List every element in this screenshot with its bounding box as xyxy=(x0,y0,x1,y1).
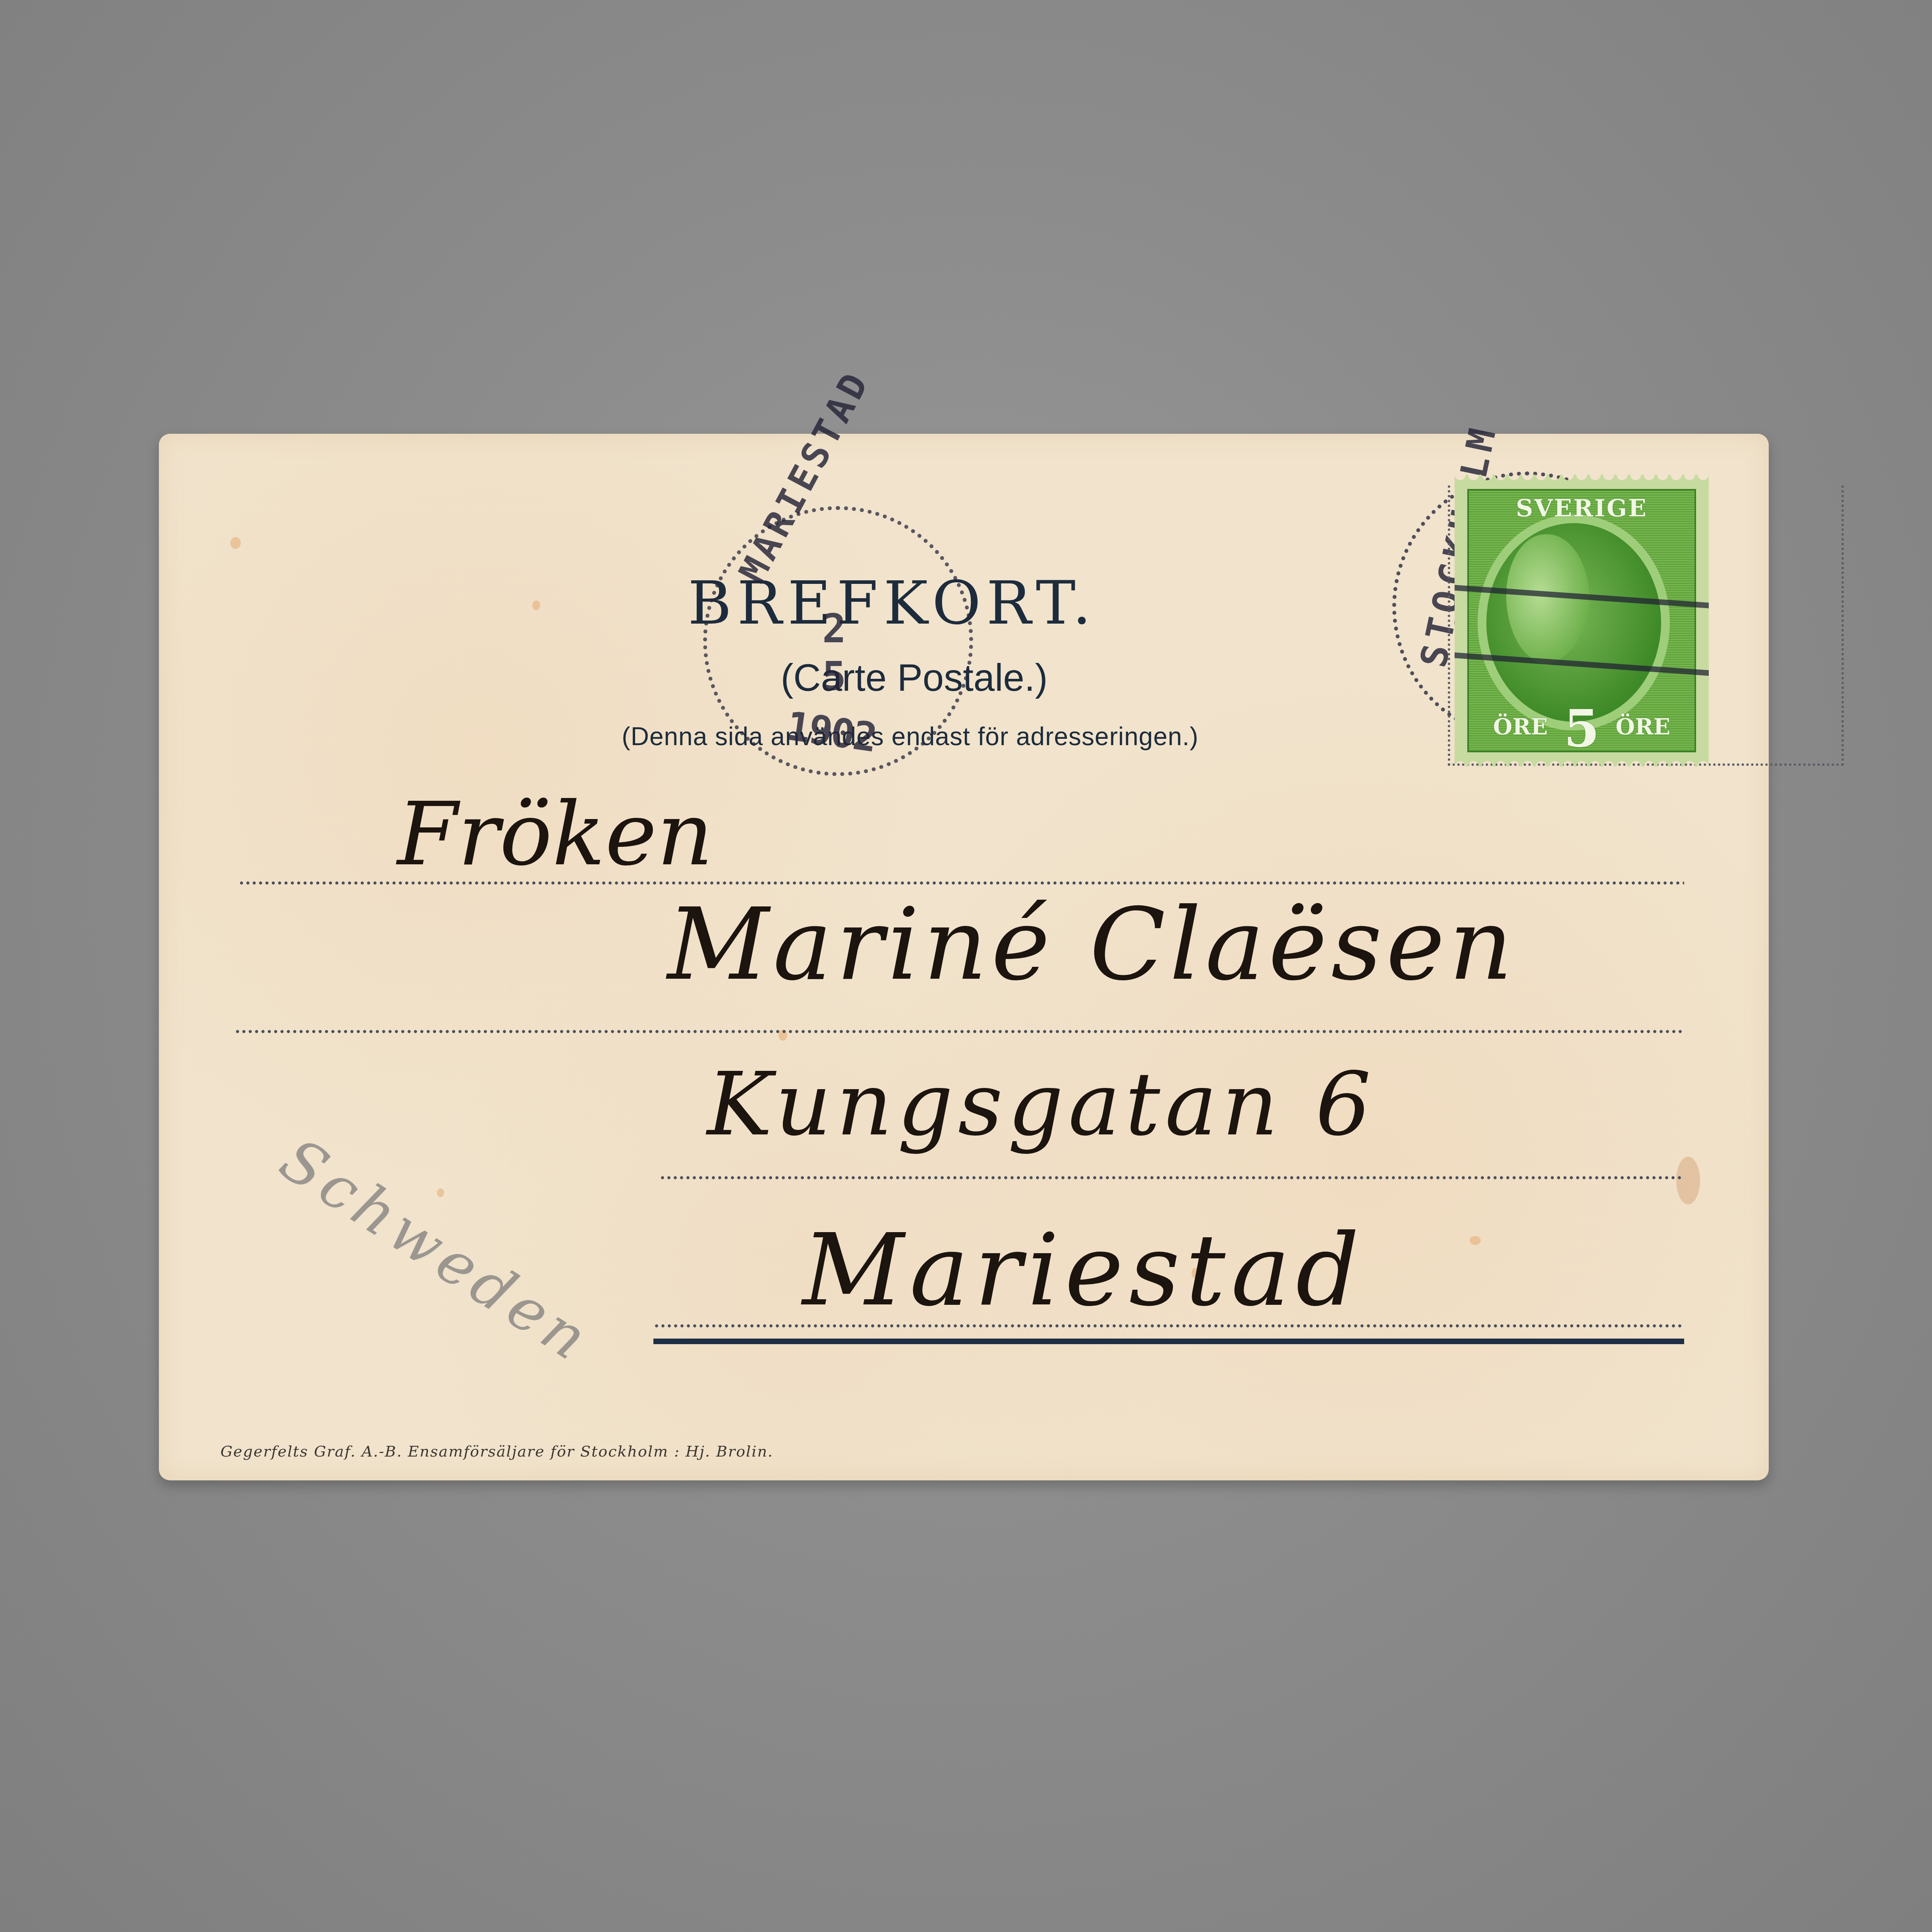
address-city: Mariestad xyxy=(802,1212,1365,1328)
address-name: Mariné Claësen xyxy=(667,887,1517,1002)
postmark-year: 1902 xyxy=(784,703,879,761)
postmark-month: 5 xyxy=(822,653,846,699)
address-salutation: Fröken xyxy=(397,783,713,885)
address-line-2 xyxy=(234,1030,1684,1033)
pencil-note: Schweden xyxy=(268,1125,603,1376)
foxing-spot xyxy=(230,537,241,549)
stamp-country: SVERIGE xyxy=(1455,495,1709,522)
postage-stamp: SVERIGE ÖRE5ÖRE xyxy=(1455,475,1709,767)
address-line-3 xyxy=(659,1176,1684,1179)
address-street: Kungsgatan 6 xyxy=(707,1053,1376,1155)
postmark-town: MARIESTAD xyxy=(731,363,878,589)
foxing-spot xyxy=(1470,1236,1481,1245)
foxing-spot xyxy=(437,1188,444,1197)
stamp-denomination: ÖRE5ÖRE xyxy=(1455,698,1709,759)
postcard: BREFKORT. (Carte Postale.) (Denna sida a… xyxy=(159,434,1769,1480)
postmark-day: 2 xyxy=(822,605,846,652)
mariestad-postmark: MARIESTAD 2 5 1902 xyxy=(703,506,973,776)
publisher-imprint: Gegerfelts Graf. A.-B. Ensamförsäljare f… xyxy=(220,1443,773,1460)
stain xyxy=(1676,1157,1700,1204)
address-underline xyxy=(653,1339,1684,1344)
